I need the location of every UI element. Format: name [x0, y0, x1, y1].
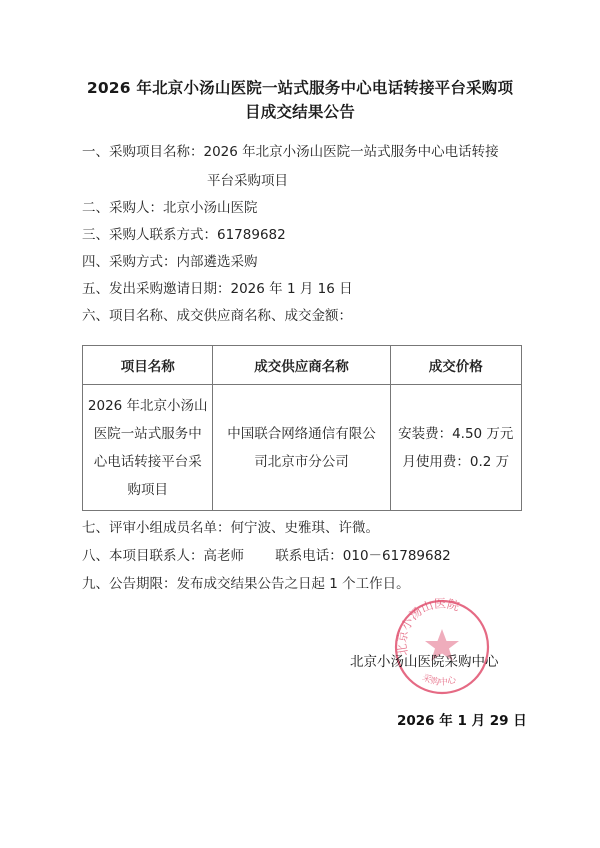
svg-text:北京小汤山医院: 北京小汤山医院: [394, 597, 461, 657]
item-announcement-period: 九、公告期限：发布成交结果公告之日起 1 个工作日。: [82, 574, 410, 594]
item-result-heading: 六、项目名称、成交供应商名称、成交金额：: [82, 306, 352, 326]
item-contact-person: 八、本项目联系人：高老师 联系电话：010－61789682: [82, 546, 451, 566]
title-line-2: 目成交结果公告: [60, 100, 540, 124]
item-purchaser: 二、采购人：北京小汤山医院: [82, 198, 258, 218]
svg-text:采购中心: 采购中心: [420, 671, 458, 688]
cell-deal-price: 安装费：4.50 万元 月使用费：0.2 万: [390, 385, 521, 511]
signature-date: 2026 年 1 月 29 日: [397, 709, 527, 729]
header-supplier-name: 成交供应商名称: [213, 346, 390, 385]
title-line-1: 2026 年北京小汤山医院一站式服务中心电话转接平台采购项: [60, 76, 540, 100]
item-project-name-continuation: 平台采购项目: [207, 171, 288, 191]
result-table: 项目名称 成交供应商名称 成交价格 2026 年北京小汤山 医院一站式服务中 心…: [82, 345, 522, 511]
item-project-name: 一、采购项目名称：2026 年北京小汤山医院一站式服务中心电话转接: [82, 142, 499, 162]
item-review-panel: 七、评审小组成员名单：何宁波、史雅琪、许微。: [82, 518, 379, 538]
signature-organization: 北京小汤山医院采购中心: [350, 650, 499, 670]
table-header-row: 项目名称 成交供应商名称 成交价格: [83, 346, 522, 385]
item-procurement-method: 四、采购方式：内部遴选采购: [82, 252, 258, 272]
item-invitation-date: 五、发出采购邀请日期：2026 年 1 月 16 日: [82, 279, 353, 299]
header-deal-price: 成交价格: [390, 346, 521, 385]
header-project-name: 项目名称: [83, 346, 213, 385]
cell-project-name: 2026 年北京小汤山 医院一站式服务中 心电话转接平台采 购项目: [83, 385, 213, 511]
item-purchaser-contact: 三、采购人联系方式：61789682: [82, 225, 286, 245]
table-row: 2026 年北京小汤山 医院一站式服务中 心电话转接平台采 购项目 中国联合网络…: [83, 385, 522, 511]
cell-supplier-name: 中国联合网络通信有限公 司北京市分公司: [213, 385, 390, 511]
official-seal-icon: 北京小汤山医院 采购中心: [392, 597, 492, 697]
